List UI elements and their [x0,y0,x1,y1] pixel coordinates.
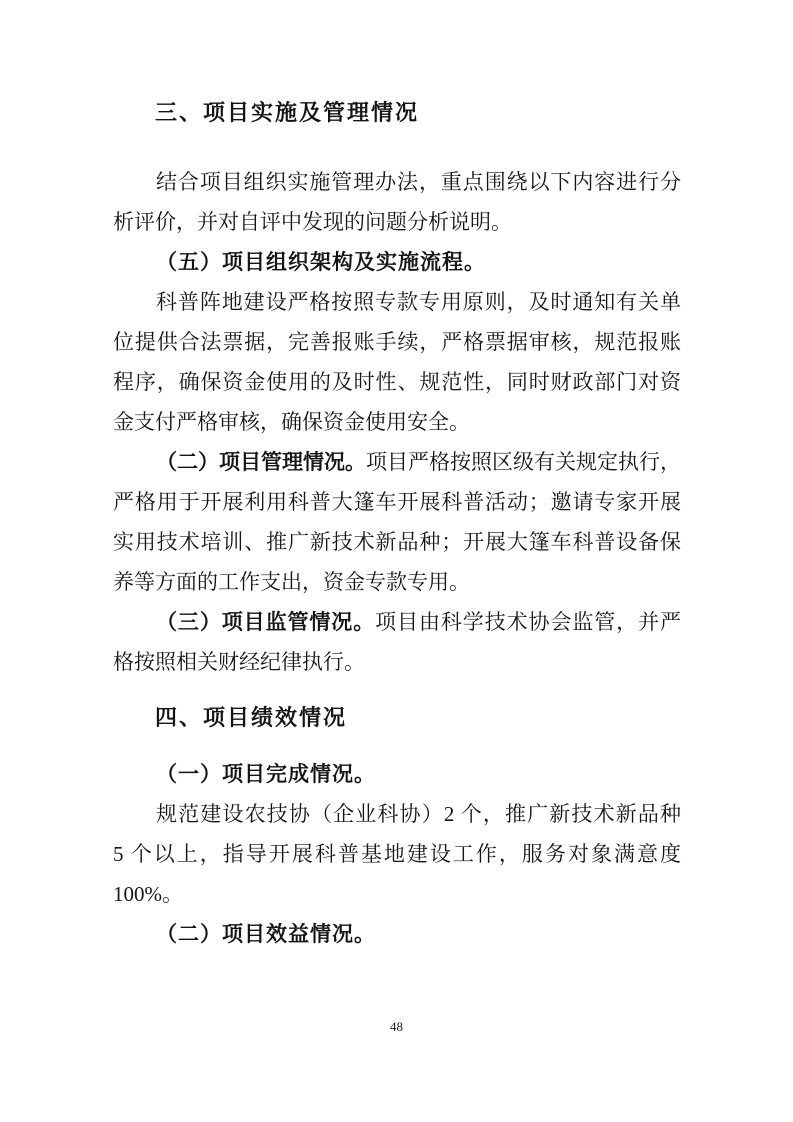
text-line: 100%。 [113,874,681,914]
text-line: （三）项目监管情况。项目由科学技术协会监管，并严 [113,602,681,642]
text-line: 5 个以上，指导开展科普基地建设工作，服务对象满意度 [113,834,681,874]
body-text: 金支付严格审核，确保资金使用安全。 [113,410,470,434]
text-line: 析评价，并对自评中发现的问题分析说明。 [113,202,681,242]
body-text: 位提供合法票据，完善报账手续，严格票据审核，规范报账 [113,330,681,354]
text-line: 实用技术培训、推广新技术新品种；开展大篷车科普设备保 [113,522,681,562]
body-text: 科普阵地建设严格按照专款专用原则，及时通知有关单 [156,290,681,314]
body-text: 100%。 [113,882,183,906]
page-number: 48 [0,1019,793,1035]
text-line: （二）项目管理情况。项目严格按照区级有关规定执行， [113,442,681,482]
text-line: 结合项目组织实施管理办法，重点围绕以下内容进行分 [113,162,681,202]
paragraph: 科普阵地建设严格按照专款专用原则，及时通知有关单位提供合法票据，完善报账手续，严… [113,282,681,442]
paragraph: 结合项目组织实施管理办法，重点围绕以下内容进行分析评价，并对自评中发现的问题分析… [113,162,681,242]
body-text: 5 个以上，指导开展科普基地建设工作，服务对象满意度 [113,842,681,866]
paragraph: （二）项目管理情况。项目严格按照区级有关规定执行，严格用于开展利用科普大篷车开展… [113,442,681,602]
text-line: 严格用于开展利用科普大篷车开展科普活动；邀请专家开展 [113,482,681,522]
subsection-heading: （二）项目效益情况。 [113,914,681,954]
body-text: 养等方面的工作支出，资金专款专用。 [113,570,470,594]
text-line: 格按照相关财经纪律执行。 [113,642,681,682]
section-heading: 四、项目绩效情况 [113,698,681,738]
section-heading: 三、项目实施及管理情况 [113,93,681,133]
body-text: 格按照相关财经纪律执行。 [113,650,365,674]
paragraph: 规范建设农技协（企业科协）2 个，推广新技术新品种5 个以上，指导开展科普基地建… [113,794,681,914]
body-text: 结合项目组织实施管理办法，重点围绕以下内容进行分 [156,170,681,194]
document-page: 三、项目实施及管理情况结合项目组织实施管理办法，重点围绕以下内容进行分析评价，并… [0,0,793,1122]
body-text: 析评价，并对自评中发现的问题分析说明。 [113,210,512,234]
paragraph: （三）项目监管情况。项目由科学技术协会监管，并严格按照相关财经纪律执行。 [113,602,681,682]
body-text: 项目由科学技术协会监管，并严 [375,610,681,634]
bold-lead-text: （三）项目监管情况。 [156,610,375,634]
body-text: 项目严格按照区级有关规定执行， [366,450,681,474]
body-text: 程序，确保资金使用的及时性、规范性，同时财政部门对资 [113,370,681,394]
subsection-heading: （一）项目完成情况。 [113,754,681,794]
text-line: 程序，确保资金使用的及时性、规范性，同时财政部门对资 [113,362,681,402]
body-text: 严格用于开展利用科普大篷车开展科普活动；邀请专家开展 [113,490,681,514]
text-line: 金支付严格审核，确保资金使用安全。 [113,402,681,442]
text-line: 科普阵地建设严格按照专款专用原则，及时通知有关单 [113,282,681,322]
text-line: 位提供合法票据，完善报账手续，严格票据审核，规范报账 [113,322,681,362]
text-line: 规范建设农技协（企业科协）2 个，推广新技术新品种 [113,794,681,834]
subsection-heading: （五）项目组织架构及实施流程。 [113,242,681,282]
text-line: 养等方面的工作支出，资金专款专用。 [113,562,681,602]
body-text: 规范建设农技协（企业科协）2 个，推广新技术新品种 [156,802,681,826]
document-body: 三、项目实施及管理情况结合项目组织实施管理办法，重点围绕以下内容进行分析评价，并… [113,93,681,954]
body-text: 实用技术培训、推广新技术新品种；开展大篷车科普设备保 [113,530,681,554]
bold-lead-text: （二）项目管理情况。 [156,450,366,474]
